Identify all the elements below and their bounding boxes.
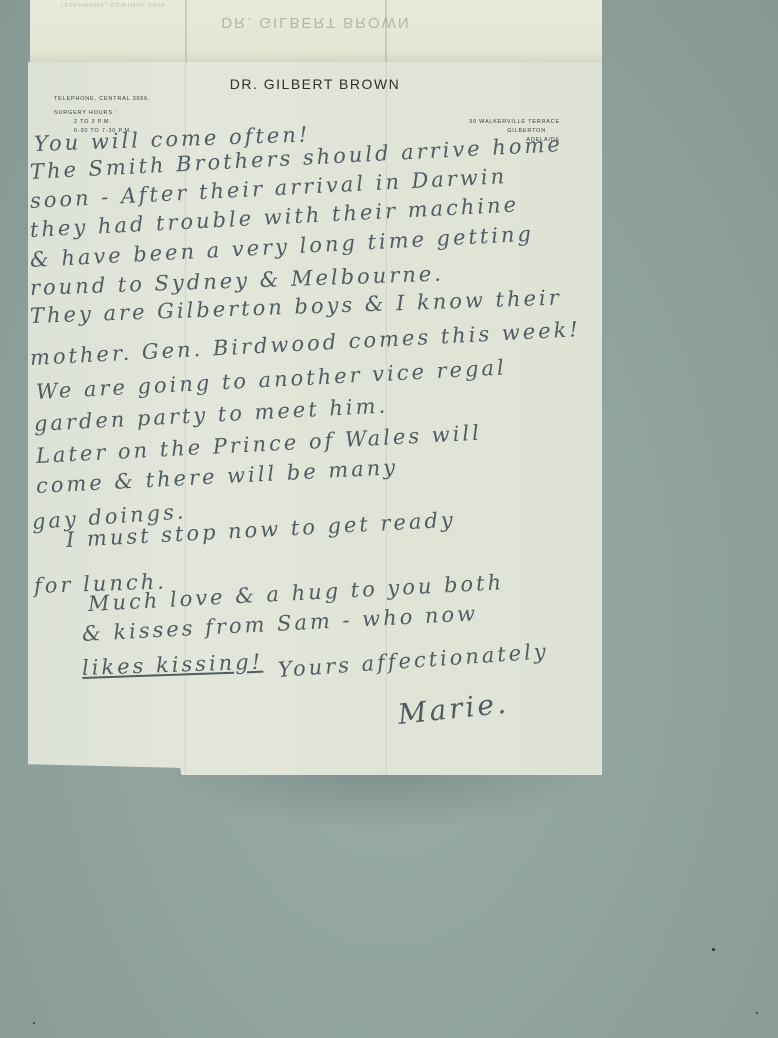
letter-line: Yours affectionately bbox=[277, 639, 549, 682]
dust-speck bbox=[756, 1012, 758, 1014]
fold-line bbox=[385, 0, 387, 64]
signature: Marie. bbox=[396, 686, 510, 730]
dust-speck bbox=[33, 1022, 35, 1024]
handwritten-text: You will come often! The Smith Brothers … bbox=[28, 62, 602, 775]
letter-sheet: DR. GILBERT BROWN TELEPHONE, CENTRAL 395… bbox=[28, 62, 602, 775]
fold-line bbox=[185, 0, 187, 64]
paper-shadow bbox=[150, 770, 610, 830]
letter-line: likes kissing! bbox=[82, 650, 264, 680]
mirrored-phone-text: TELEPHONE, CENTRAL 3956 bbox=[60, 1, 165, 7]
folded-top-flap: TELEPHONE, CENTRAL 3956 DR. GILBERT BROW… bbox=[30, 0, 602, 64]
mirrored-header-text: DR. GILBERT BROWN bbox=[30, 14, 602, 31]
dust-speck bbox=[712, 948, 715, 951]
